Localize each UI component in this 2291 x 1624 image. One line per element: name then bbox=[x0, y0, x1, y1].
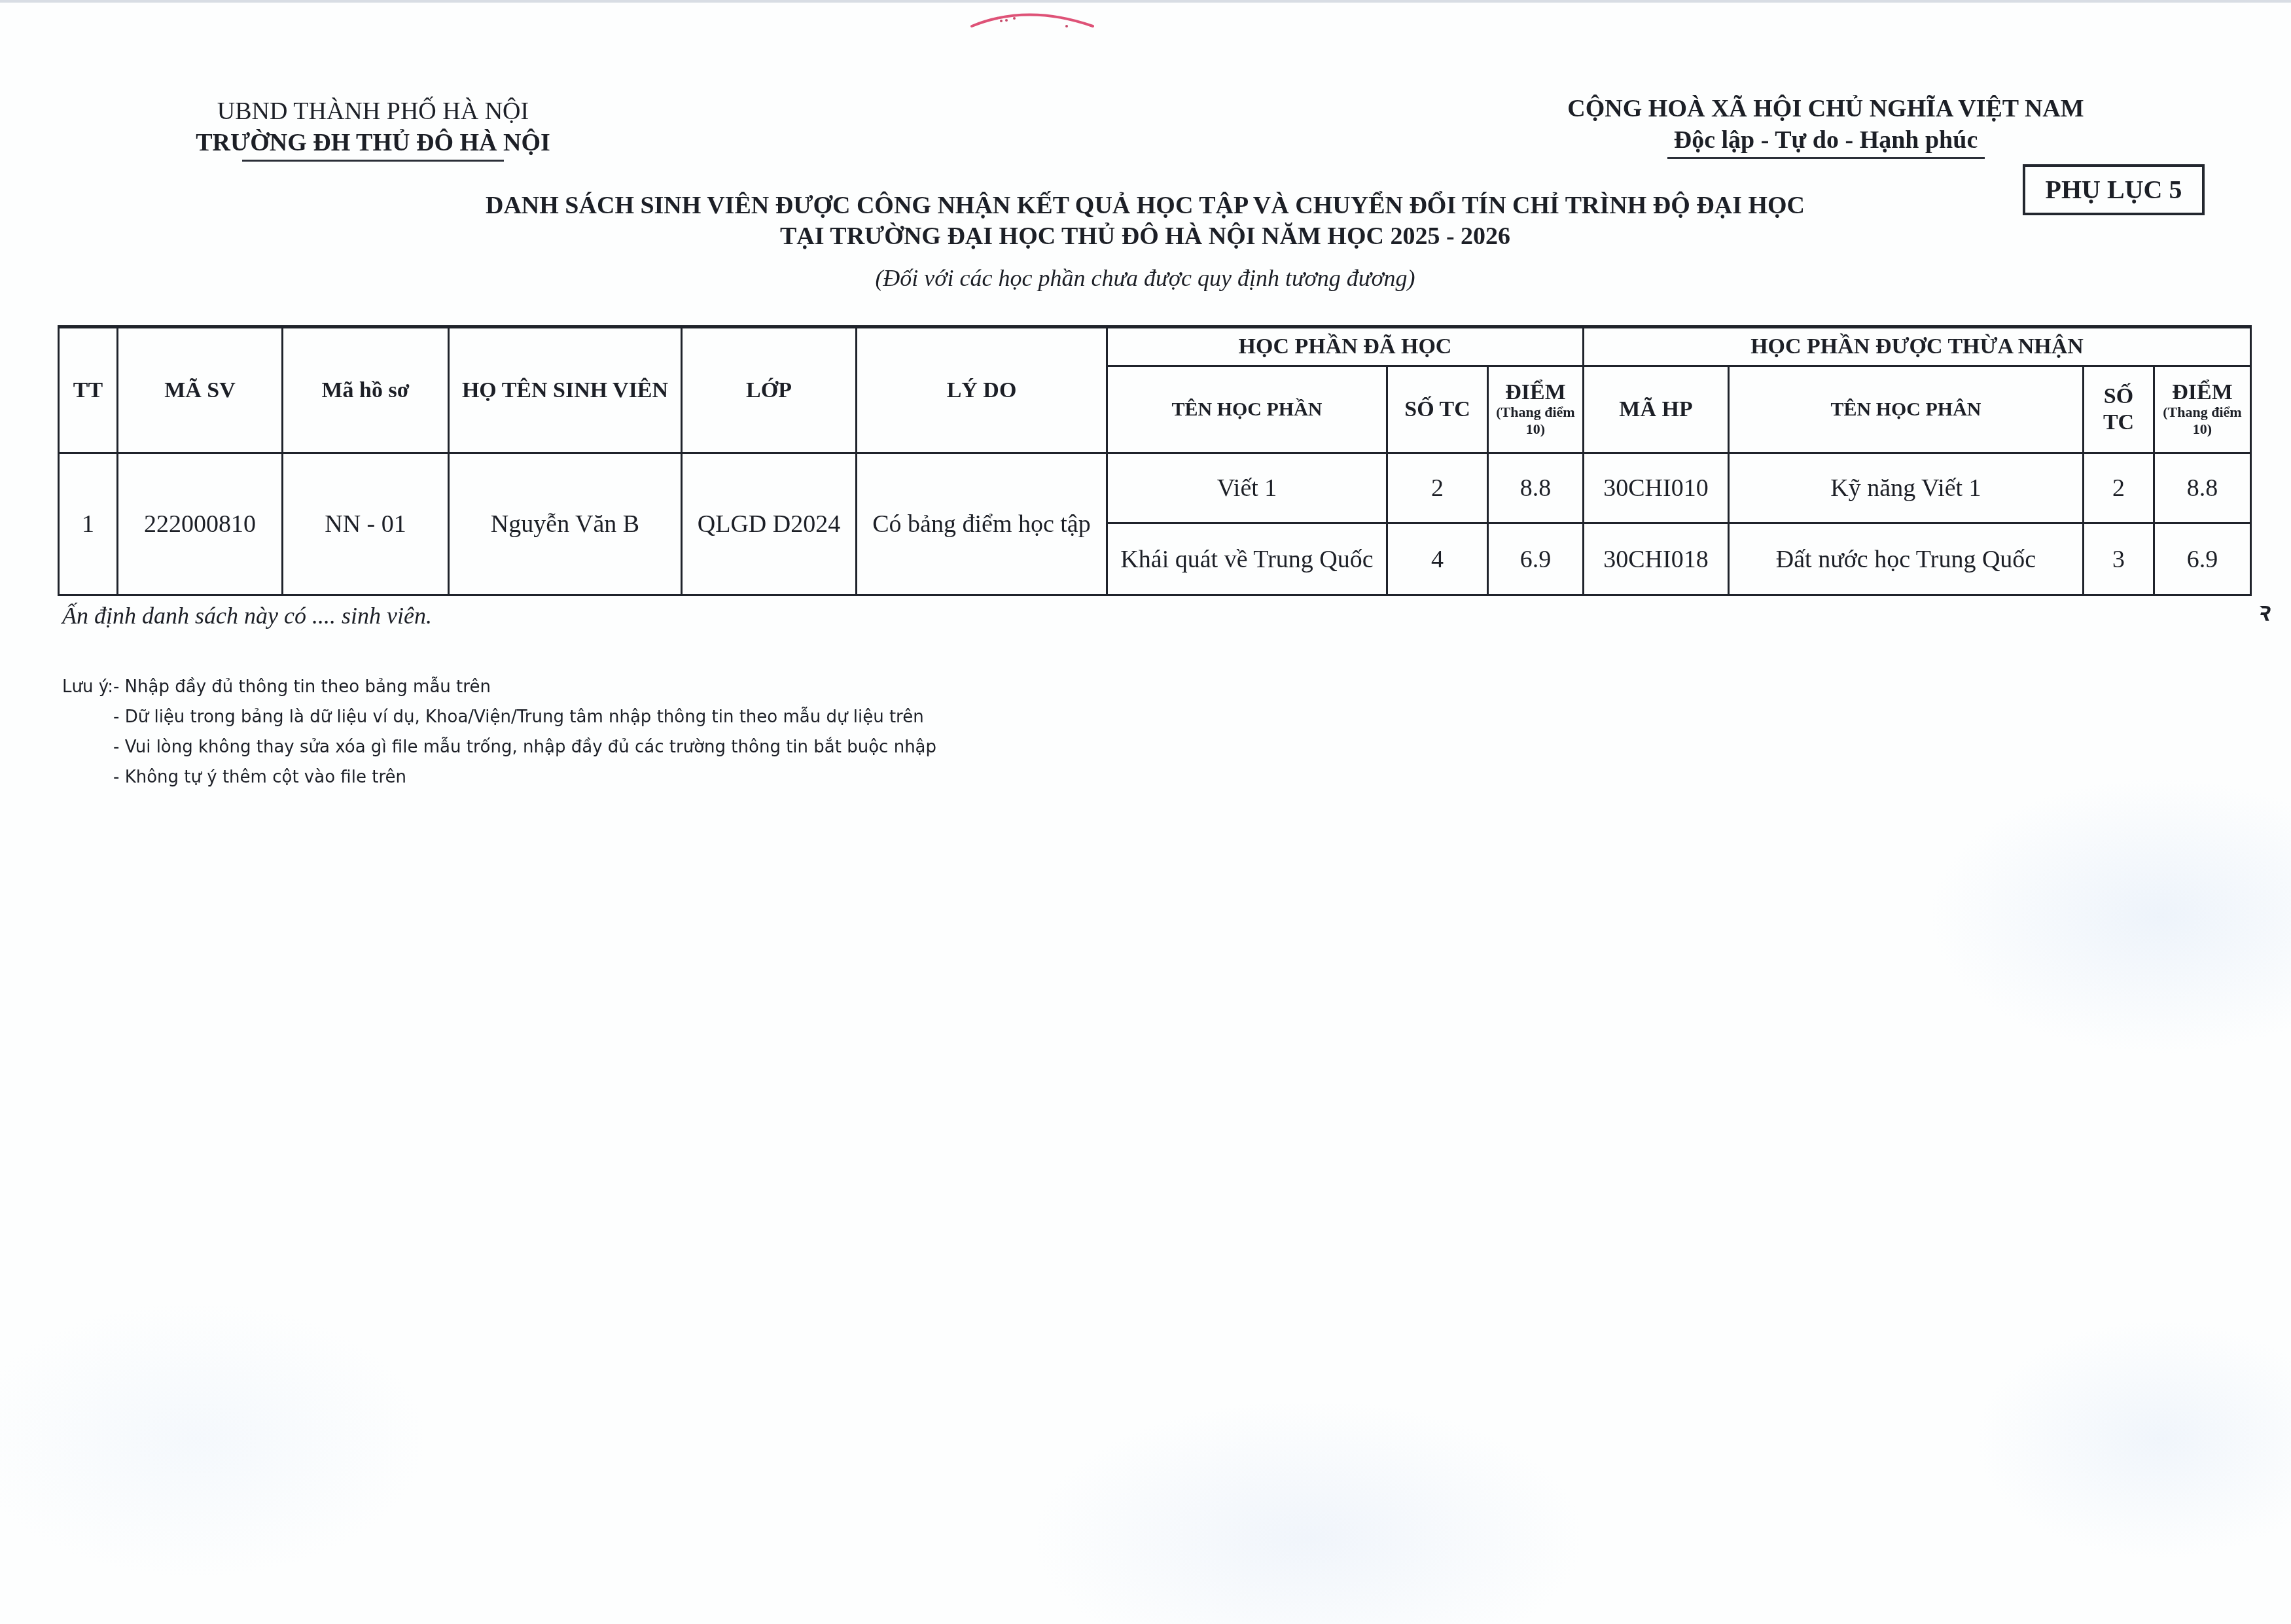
cell-student-id: 222000810 bbox=[118, 453, 283, 595]
score-label: ĐIỂM bbox=[2172, 380, 2233, 404]
issuing-agency-header: UBND THÀNH PHỐ HÀ NỘI TRƯỜNG ĐH THỦ ĐÔ H… bbox=[151, 96, 595, 162]
header-recognized-credits: SỐ TC bbox=[2084, 366, 2154, 453]
cell-recognized-name: Đất nước học Trung Quốc bbox=[1729, 523, 2084, 595]
agency-name: UBND THÀNH PHỐ HÀ NỘI bbox=[151, 96, 595, 127]
national-motto: Độc lập - Tự do - Hạnh phúc bbox=[1525, 124, 2127, 156]
cell-studied-credits: 4 bbox=[1387, 523, 1488, 595]
cell-class: QLGD D2024 bbox=[682, 453, 857, 595]
cell-tt: 1 bbox=[59, 453, 118, 595]
appendix-label: PHỤ LỤC 5 bbox=[2023, 164, 2205, 215]
title-line-2: TẠI TRƯỜNG ĐẠI HỌC THỦ ĐÔ HÀ NỘI NĂM HỌC… bbox=[393, 221, 1898, 251]
cell-studied-score: 8.8 bbox=[1488, 453, 1584, 523]
score-scale-label: (Thang điểm 10) bbox=[1489, 404, 1582, 438]
header-recognized-course-name: TÊN HỌC PHÂN bbox=[1729, 366, 2084, 453]
note-line-3: - Vui lòng không thay sửa xóa gì file mẫ… bbox=[62, 732, 936, 762]
motto-underline bbox=[1667, 157, 1985, 159]
cell-recognized-name: Kỹ năng Viết 1 bbox=[1729, 453, 2084, 523]
note-line-2: - Dữ liệu trong bảng là dữ liệu ví dụ, K… bbox=[62, 702, 936, 732]
header-recognized-score: ĐIỂM (Thang điểm 10) bbox=[2154, 366, 2251, 453]
cell-reason: Có bảng điểm học tập bbox=[857, 453, 1107, 595]
notes-block: Lưu ý:- Nhập đầy đủ thông tin theo bảng … bbox=[62, 672, 936, 792]
header-file-id: Mã hồ sơ bbox=[283, 327, 449, 453]
title-line-1: DANH SÁCH SINH VIÊN ĐƯỢC CÔNG NHẬN KẾT Q… bbox=[393, 190, 1898, 221]
cell-full-name: Nguyễn Văn B bbox=[449, 453, 682, 595]
note-line-4: - Không tự ý thêm cột vào file trên bbox=[62, 762, 936, 792]
cell-course-code: 30CHI018 bbox=[1584, 523, 1729, 595]
red-stamp-mark bbox=[968, 7, 1096, 33]
header-studied-score: ĐIỂM (Thang điểm 10) bbox=[1488, 366, 1584, 453]
header-reason: LÝ DO bbox=[857, 327, 1107, 453]
cell-recognized-credits: 3 bbox=[2084, 523, 2154, 595]
cell-studied-credits: 2 bbox=[1387, 453, 1488, 523]
cell-studied-name: Viết 1 bbox=[1107, 453, 1387, 523]
table-row: 1 222000810 NN - 01 Nguyễn Văn B QLGD D2… bbox=[59, 453, 2251, 523]
header-tt: TT bbox=[59, 327, 118, 453]
student-credit-table: TT MÃ SV Mã hồ sơ HỌ TÊN SINH VIÊN LỚP L… bbox=[58, 325, 2252, 596]
header-studied-credits: SỐ TC bbox=[1387, 366, 1488, 453]
national-header: CỘNG HOÀ XÃ HỘI CHỦ NGHĨA VIỆT NAM Độc l… bbox=[1525, 93, 2127, 159]
credits-label-line-1: SỐ bbox=[2104, 384, 2133, 408]
cell-recognized-score: 6.9 bbox=[2154, 523, 2251, 595]
cell-studied-name: Khái quát về Trung Quốc bbox=[1107, 523, 1387, 595]
cell-file-id: NN - 01 bbox=[283, 453, 449, 595]
cell-studied-score: 6.9 bbox=[1488, 523, 1584, 595]
cell-recognized-credits: 2 bbox=[2084, 453, 2154, 523]
score-label: ĐIỂM bbox=[1505, 380, 1566, 404]
credits-label-line-2: TC bbox=[2103, 410, 2134, 434]
score-scale-label: (Thang điểm 10) bbox=[2155, 404, 2250, 438]
cell-course-code: 30CHI010 bbox=[1584, 453, 1729, 523]
header-student-id: MÃ SV bbox=[118, 327, 283, 453]
header-full-name: HỌ TÊN SINH VIÊN bbox=[449, 327, 682, 453]
header-group-studied: HỌC PHẦN ĐÃ HỌC bbox=[1107, 327, 1584, 366]
cell-recognized-score: 8.8 bbox=[2154, 453, 2251, 523]
header-studied-course-name: TÊN HỌC PHẦN bbox=[1107, 366, 1387, 453]
student-count-note: Ấn định danh sách này có .... sinh viên. bbox=[62, 602, 432, 629]
scan-top-edge bbox=[0, 0, 2291, 3]
header-group-recognized: HỌC PHẦN ĐƯỢC THỪA NHẬN bbox=[1584, 327, 2251, 366]
header-underline bbox=[242, 160, 504, 162]
title-subtitle: (Đối với các học phần chưa được quy định… bbox=[393, 263, 1898, 293]
school-name: TRƯỜNG ĐH THỦ ĐÔ HÀ NỘI bbox=[151, 127, 595, 158]
note-line-1: Lưu ý:- Nhập đầy đủ thông tin theo bảng … bbox=[62, 672, 936, 702]
header-course-code: MÃ HP bbox=[1584, 366, 1729, 453]
handwritten-initial: ꝛ bbox=[2256, 592, 2269, 628]
document-title: DANH SÁCH SINH VIÊN ĐƯỢC CÔNG NHẬN KẾT Q… bbox=[393, 190, 1898, 293]
country-name: CỘNG HOÀ XÃ HỘI CHỦ NGHĨA VIỆT NAM bbox=[1525, 93, 2127, 124]
header-class: LỚP bbox=[682, 327, 857, 453]
